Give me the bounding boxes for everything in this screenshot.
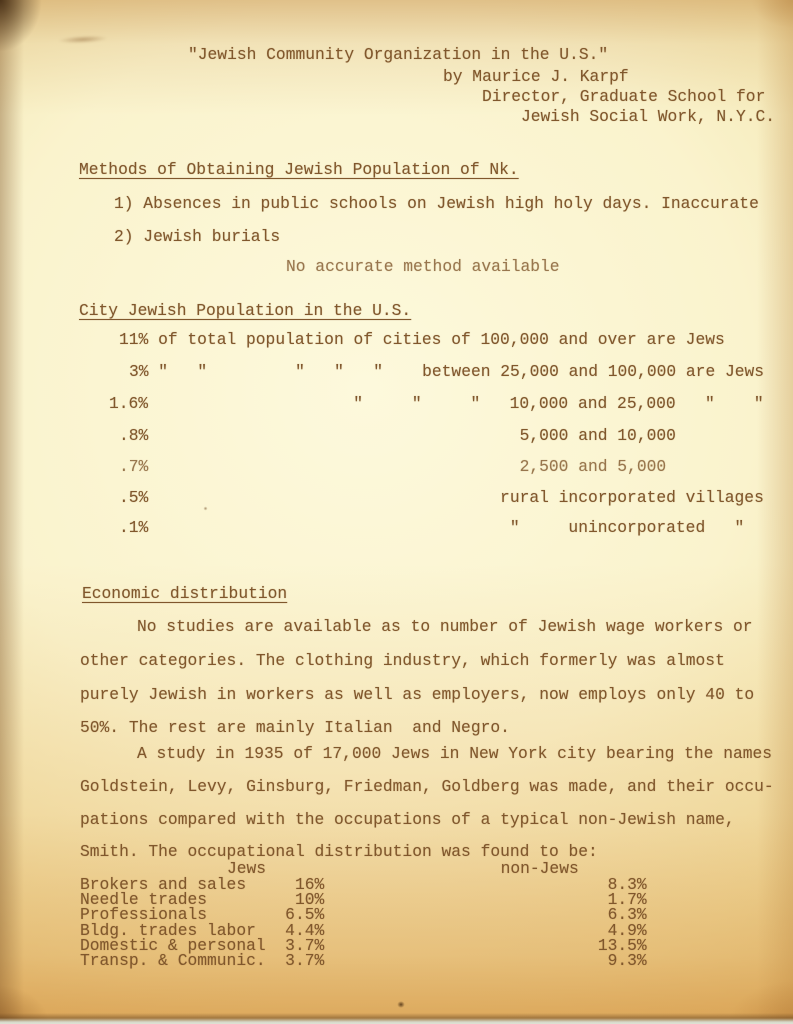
stat-line: 11% of total population of cities of 100… xyxy=(119,331,725,348)
scanned-page-stage: "Jewish Community Organization in the U.… xyxy=(0,0,793,1024)
section-heading-city-population: City Jewish Population in the U.S. xyxy=(79,302,411,319)
paragraph-line: other categories. The clothing industry,… xyxy=(80,652,725,669)
scan-bottom-edge xyxy=(0,1013,793,1024)
paper-dark-spot xyxy=(396,1000,406,1009)
paragraph-line: 50%. The rest are mainly Italian and Neg… xyxy=(80,719,510,736)
section-heading-economic: Economic distribution xyxy=(82,585,287,602)
stat-line: .7% 2,500 and 5,000 xyxy=(119,458,666,475)
doc-title: "Jewish Community Organization in the U.… xyxy=(188,46,608,63)
paper-smudge xyxy=(52,33,114,45)
doc-byline: by Maurice J. Karpf xyxy=(443,68,629,85)
list-item: 2) Jewish burials xyxy=(114,228,280,245)
paragraph-line: A study in 1935 of 17,000 Jews in New Yo… xyxy=(137,745,772,762)
author-org: Jewish Social Work, N.Y.C. xyxy=(521,108,775,125)
stat-line: .8% 5,000 and 10,000 xyxy=(119,427,676,444)
paragraph-line: purely Jewish in workers as well as empl… xyxy=(80,686,754,703)
paragraph-line: pations compared with the occupations of… xyxy=(80,811,735,828)
paragraph-line: No studies are available as to number of… xyxy=(137,618,753,635)
list-item: 1) Absences in public schools on Jewish … xyxy=(114,195,759,212)
stat-line: 1.6% " " " 10,000 and 25,000 " " xyxy=(109,395,764,412)
table-row: Transp. & Communic. 3.7% 9.3% xyxy=(80,952,647,969)
paragraph-line: Smith. The occupational distribution was… xyxy=(80,843,598,860)
document-page: "Jewish Community Organization in the U.… xyxy=(0,0,793,1024)
stat-line: .5% rural incorporated villages xyxy=(119,489,764,506)
note-line: No accurate method available xyxy=(286,258,560,275)
paragraph-line: Goldstein, Levy, Ginsburg, Friedman, Gol… xyxy=(80,778,774,795)
stat-line: .1% " unincorporated " xyxy=(119,519,744,536)
author-role: Director, Graduate School for xyxy=(482,88,765,105)
stat-line: 3% " " " " " between 25,000 and 100,000 … xyxy=(129,363,764,380)
section-heading-methods: Methods of Obtaining Jewish Population o… xyxy=(79,161,519,178)
